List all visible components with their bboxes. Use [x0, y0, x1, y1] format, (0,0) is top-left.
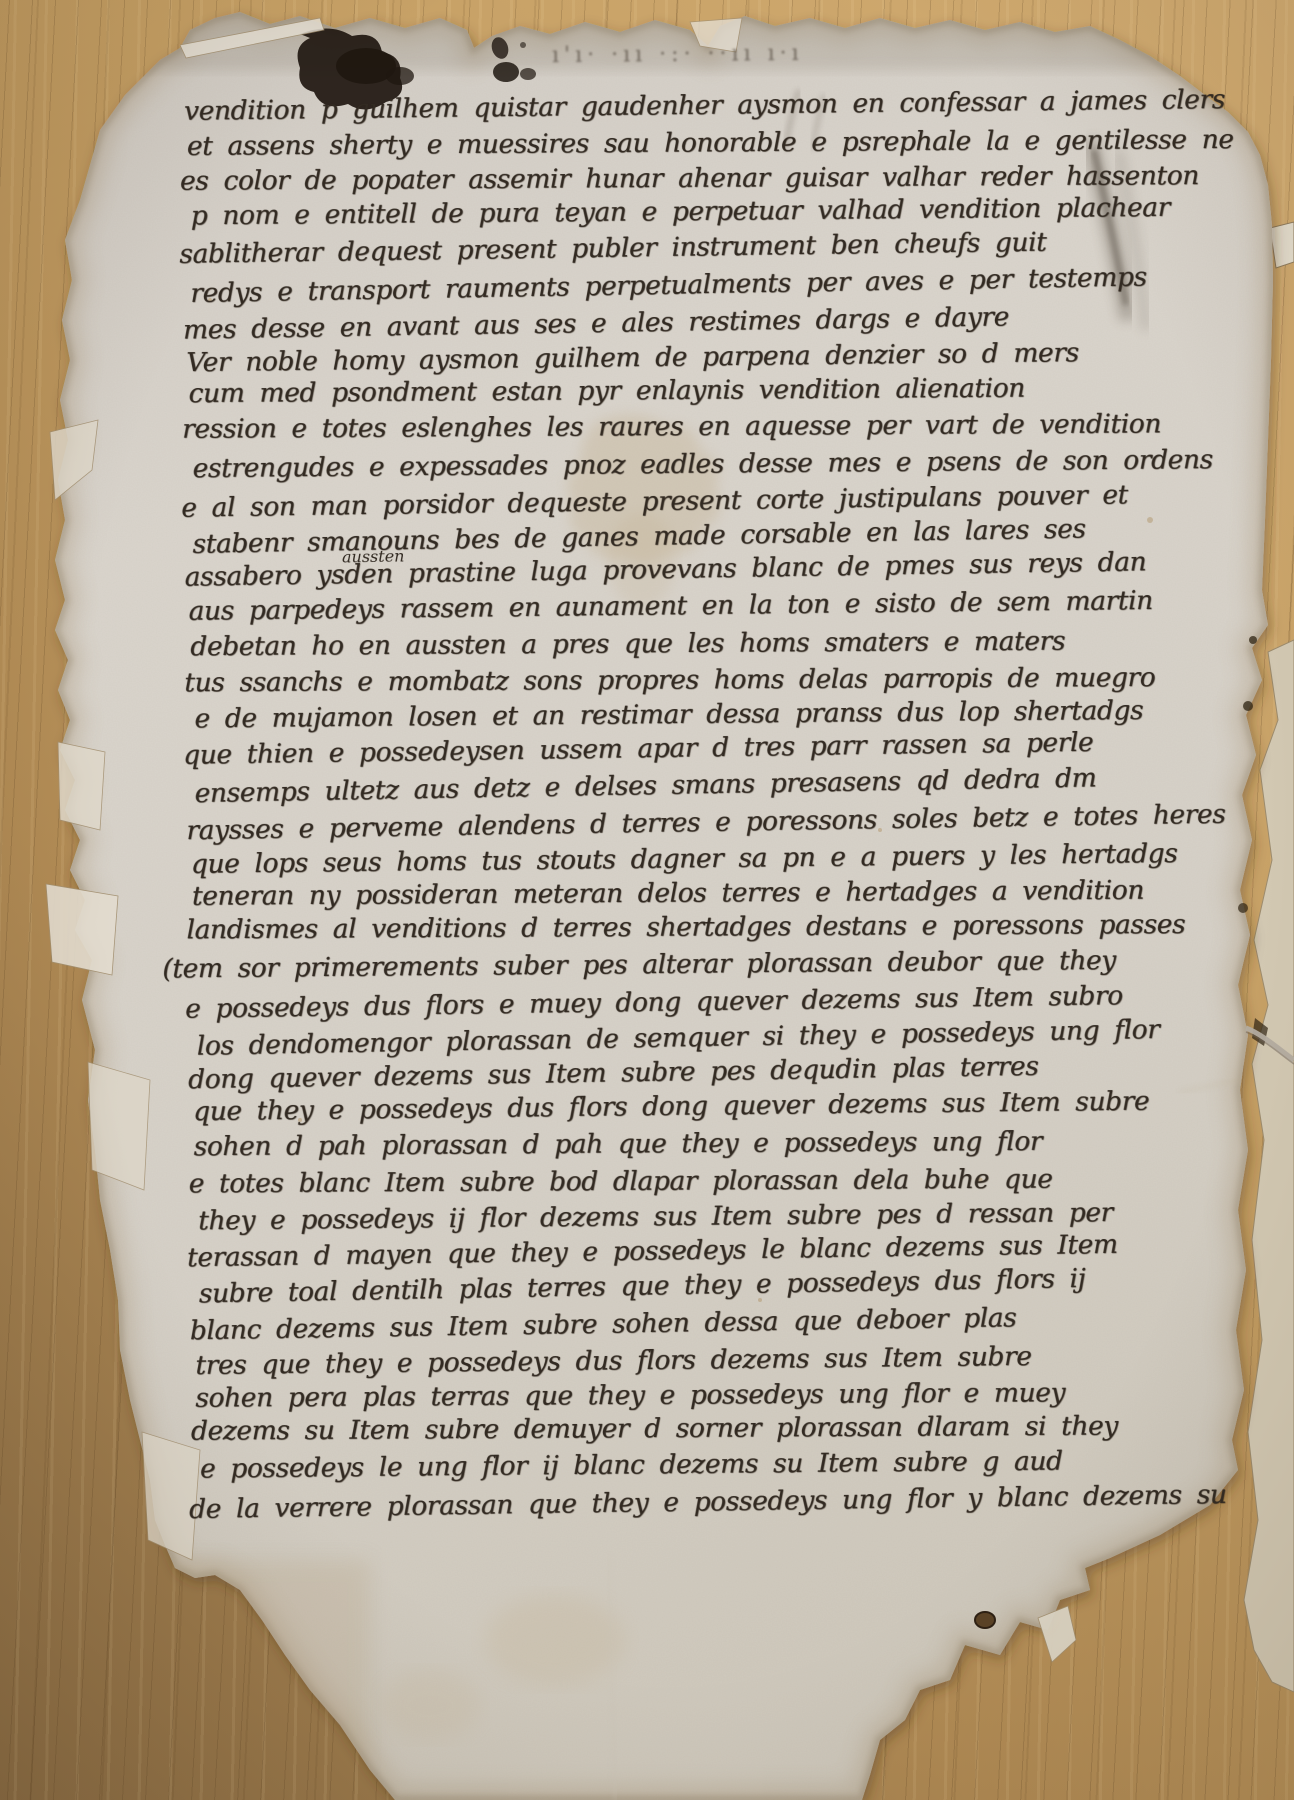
photo-of-medieval-manuscript: { "manuscript": { "lines": [ "vendition …: [0, 0, 1294, 1800]
interlinear-insertion: aussten: [342, 546, 405, 566]
manuscript-line: cum med psondment estan pyr enlaynis ven…: [189, 370, 1179, 412]
worm-hole: [975, 1612, 995, 1628]
manuscript-line: debetan ho en aussten a pres que les hom…: [190, 623, 1180, 665]
bottom-stain: [485, 1595, 625, 1685]
manuscript-text-block: vendition p guilhem quistar gaudenher ay…: [184, 84, 1185, 1524]
manuscript-line: sohen d pah plorassan d pah que they e p…: [194, 1123, 1184, 1165]
manuscript-line: ression e totes eslenghes les raures en …: [182, 406, 1172, 447]
manuscript-line: landismes al venditions d terres shertad…: [186, 907, 1176, 948]
faded-top-marks: ı'ı· ·ıı ·:· ··ıı ı·ı: [552, 41, 804, 68]
